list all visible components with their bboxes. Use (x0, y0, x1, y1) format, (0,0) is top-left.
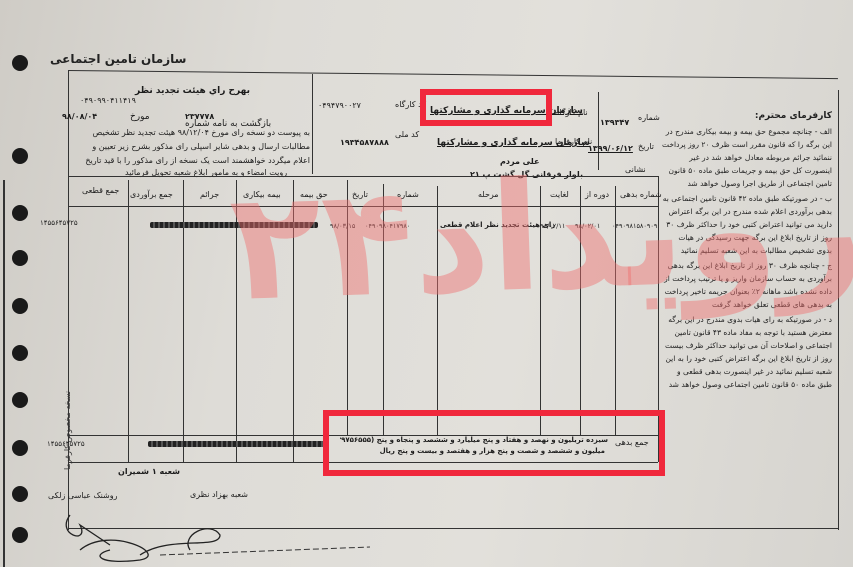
binder-hole-icon (12, 298, 28, 314)
col-header-final-total: جمع قطعی (82, 186, 119, 195)
binder-hole-icon (12, 392, 28, 408)
binder-hole-icon (12, 527, 28, 543)
binder-hole-icon (12, 205, 28, 221)
binder-hole-icon (12, 486, 28, 502)
col-header-estimated-total: جمع برآوردی (130, 190, 173, 199)
col-line (128, 180, 129, 462)
binder-hole-icon (12, 148, 28, 164)
binder-hole-icon (12, 345, 28, 361)
employer-code: ۱۹۳۴۵۸۷۸۸۸ (340, 138, 389, 147)
margin-line (3, 180, 5, 567)
number-label: شماره (638, 113, 660, 122)
signature-icon (50, 505, 370, 565)
branch-name: شعبه ۱ شمیران (118, 467, 180, 476)
number-value: ۱۳۹۳۴۷ (600, 118, 629, 127)
highlight-box-total (323, 410, 665, 476)
employer-name-label: نام کارفرما (555, 137, 592, 146)
letter-number: ۲۳۷۷۷۸ (185, 112, 214, 121)
row-final-total: ۱۴۵۵۶۴۵۷۲۵ (40, 219, 78, 227)
document-page: سازمان تامین اجتماعی بهرح راي هيئت تجديد… (0, 0, 853, 567)
body-line-1: به پیوست دو نسخه رای مورخ ۹۸/۱۲/۰۴ هیئت … (55, 128, 310, 137)
redacted-totals (148, 441, 328, 447)
highlight-box-workshop (420, 89, 552, 126)
side-label: نسخه مخصوص کارفرما (63, 391, 72, 470)
notice-heading: کارفرمای محترم: (662, 110, 832, 123)
organization-title: سازمان تامین اجتماعی (50, 52, 186, 66)
left-panel-title: بهرح راي هيئت تجديد نظر (135, 86, 250, 96)
employer-code-label: کد ملی (395, 130, 419, 139)
body-line-2: مطالبات ارسال و بدهی شایر اسپلی رای مذکو… (55, 142, 310, 151)
workshop-name-label: نام کارگاه (555, 108, 588, 117)
letter-date-label: مورخ (130, 112, 150, 122)
workshop-code: ۰۴۹۴۷۹۰۰۲۷ (318, 101, 361, 110)
binder-hole-icon (12, 55, 28, 71)
col-header-penalties: جرائم (200, 190, 219, 199)
ref-number: ۰۴۹۰۹۹۰۴۱۱۴۱۹ (80, 96, 136, 105)
signer-1: روشنک عباسی زلکی (48, 491, 117, 500)
binder-hole-icon (12, 250, 28, 266)
watermark: رویداد۲۴ (227, 139, 853, 335)
binder-hole-icon (12, 440, 28, 456)
signer-2: شعبه بهزاد نظری (190, 490, 248, 499)
notice-item: د - در صورتیکه به رای هیات بدوی مندرج در… (662, 313, 832, 391)
letter-date: ۹۸/۰۸/۰۴ (62, 112, 97, 121)
frame-top (68, 70, 838, 79)
